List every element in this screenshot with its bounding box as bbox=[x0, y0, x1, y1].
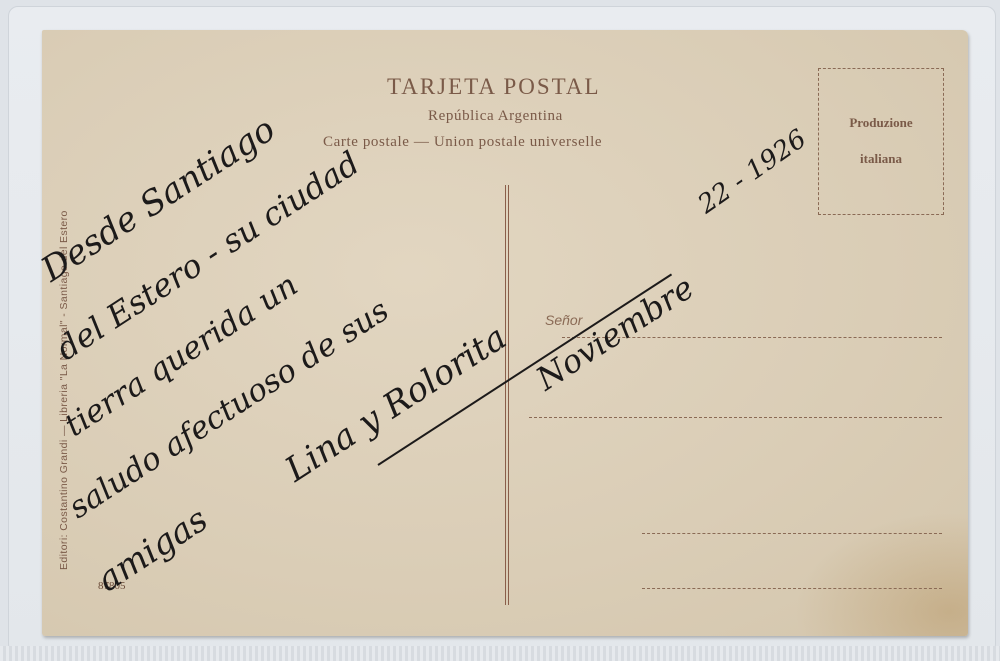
postcard: TARJETA POSTAL República Argentina Carte… bbox=[42, 30, 968, 636]
stamp-box-line1: Produzione bbox=[819, 115, 943, 131]
postcard-heading: TARJETA POSTAL bbox=[387, 74, 601, 100]
stamp-box-line2: italiana bbox=[819, 151, 943, 167]
center-divider bbox=[505, 185, 509, 605]
handwriting-date: 22 - 1926 bbox=[693, 124, 812, 220]
country-label: República Argentina bbox=[428, 108, 563, 125]
salutation-label: Señor bbox=[545, 312, 582, 328]
address-line-4 bbox=[642, 588, 942, 589]
handwriting-month: Noviembre bbox=[529, 268, 700, 398]
sleeve-edge bbox=[0, 646, 1000, 661]
union-label: Carte postale — Union postale universell… bbox=[323, 134, 602, 151]
handwriting-line-1: Desde Santiago bbox=[34, 109, 282, 290]
address-line-2 bbox=[529, 417, 942, 418]
address-line-3 bbox=[642, 533, 942, 534]
handwriting-line-5: amigas bbox=[90, 500, 215, 600]
stamp-box: Produzione italiana bbox=[818, 68, 944, 215]
